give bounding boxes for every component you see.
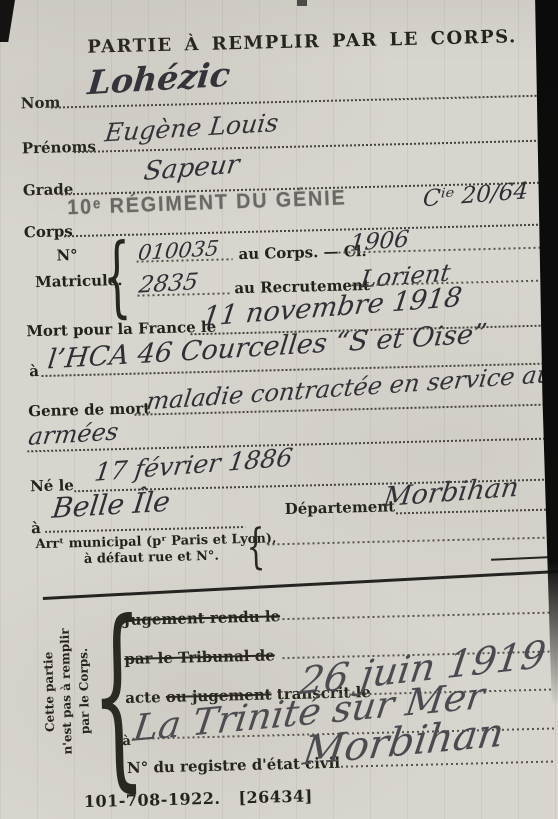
page-title: PARTIE À REMPLIR PAR LE CORPS. (87, 26, 517, 57)
dotted-line (277, 612, 551, 620)
field-grade-label: Grade (23, 180, 74, 199)
print-reference-number: 101-708-1922. (84, 789, 221, 811)
field-lieu-naissance-value: Belle Île (50, 485, 171, 525)
field-nom-label: Nom (21, 93, 61, 112)
matricule-brace: { (102, 232, 132, 321)
jugement-lieu-label: à (122, 734, 131, 749)
jugement-tribunal-label: par le Tribunal de (124, 646, 275, 668)
field-arrondissement-label-line2: à défaut rue et N°. (84, 549, 219, 567)
card-content: PARTIE À REMPLIR PAR LE CORPS. Nom Lohéz… (0, 0, 558, 819)
arrondissement-brace: { (246, 523, 265, 571)
field-genre-mort-label: Genre de mort (28, 399, 150, 420)
scan-mark-top (297, 0, 307, 6)
field-departement-value: Morbihan (382, 472, 521, 513)
field-nom-value: Lohézic (86, 55, 232, 102)
side-note-rotated: Cette partie n'est pas à remplir par le … (39, 605, 95, 778)
matricule-label-top: N° (56, 246, 78, 265)
field-genre-mort-value-line2: armées (27, 417, 120, 450)
field-prenoms-label: Prénoms (22, 138, 96, 158)
field-prenoms-value: Eugène Louis (103, 108, 280, 147)
field-corps-label: Corps (24, 222, 73, 241)
field-lieu-mort-label: à (29, 362, 39, 380)
print-batch-number: [26434] (238, 786, 313, 807)
jugement-rendu-label: Jugement rendu le (123, 607, 280, 629)
military-death-record-card: PARTIE À REMPLIR PAR LE CORPS. Nom Lohéz… (0, 0, 558, 819)
field-lieu-naissance-label: à (31, 519, 41, 537)
field-grade-value: Sapeur (142, 150, 241, 187)
dotted-line (268, 537, 550, 545)
field-departement-label: Département (285, 497, 396, 518)
dotted-line (64, 224, 542, 238)
field-arrondissement-label-line1: Arrᵗ municipal (pʳ Paris et Lyon), (35, 531, 276, 552)
